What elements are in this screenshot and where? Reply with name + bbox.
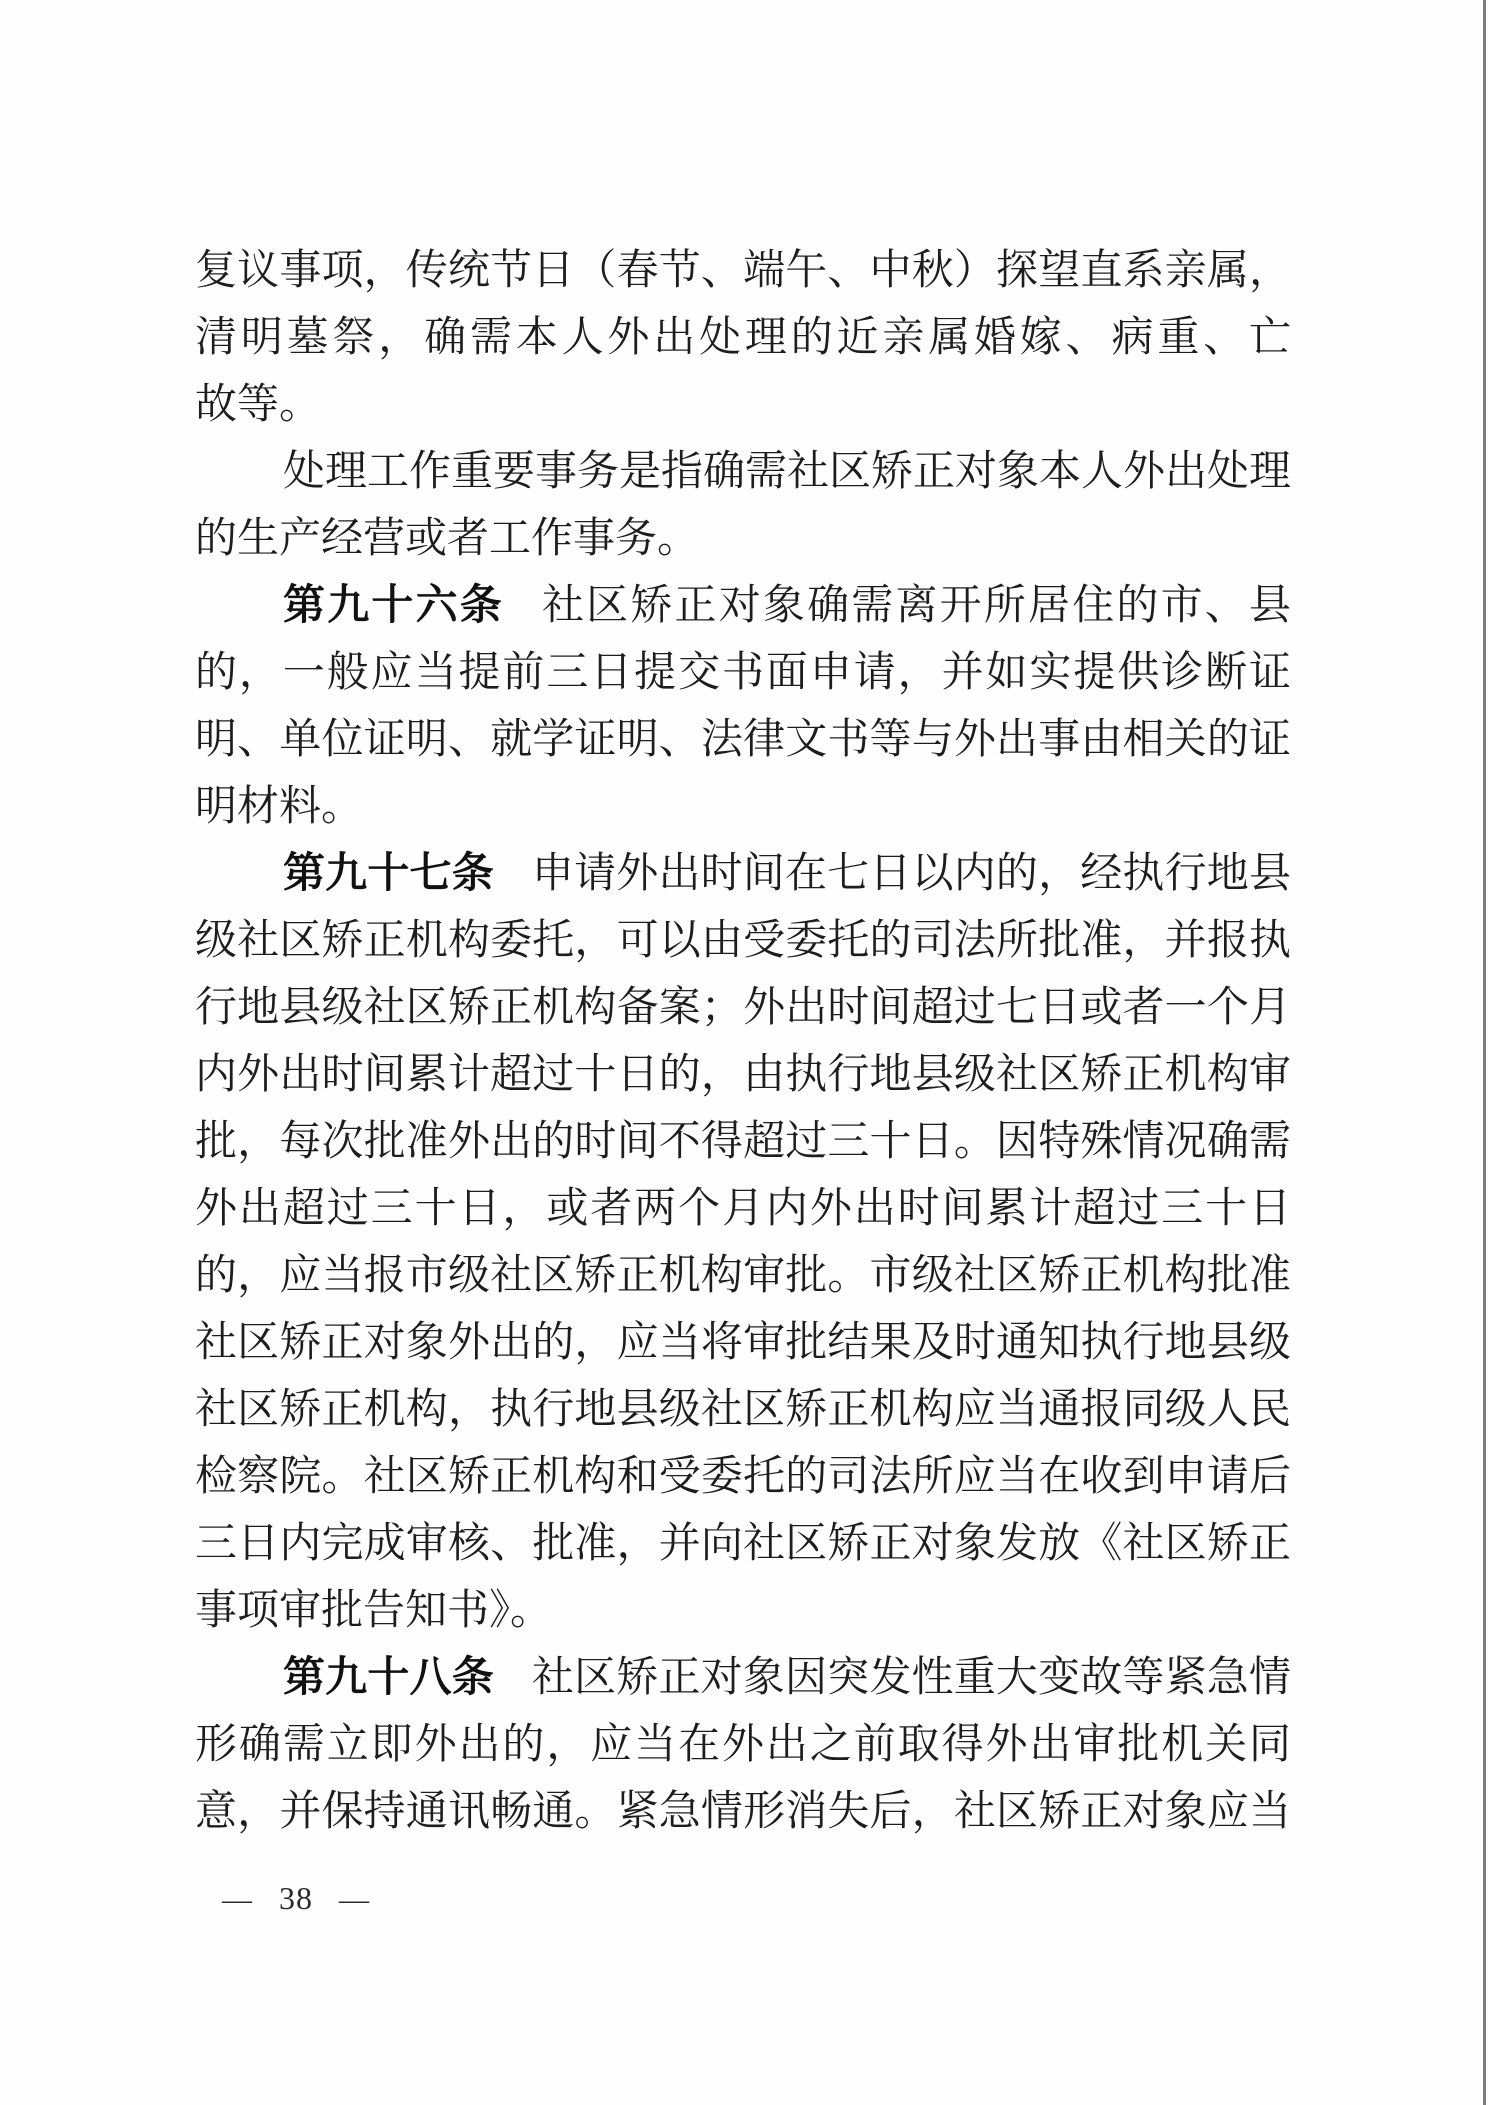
page-number: 38 [279,1880,313,1917]
text-line: 故等。 [195,372,1291,439]
text-line: 复议事项，传统节日（春节、端午、中秋）探望直系亲属， [195,238,1291,305]
text-line: 社区矫正机构，执行地县级社区矫正机构应当通报同级人民 [195,1377,1291,1444]
text-line: 级社区矫正机构委托，可以由受委托的司法所批准，并报执 [195,908,1291,975]
article-number: 第九十八条 [283,1655,494,1701]
text-line: 批，每次批准外出的时间不得超过三十日。因特殊情况确需 [195,1109,1291,1176]
text-line: 外出超过三十日，或者两个月内外出时间累计超过三十日 [195,1176,1291,1243]
footer-dash-left: — [222,1883,253,1916]
article-number: 第九十六条 [283,583,504,629]
text-line: 内外出时间累计超过十日的，由执行地县级社区矫正机构审 [195,1042,1291,1109]
text-line: 第九十七条申请外出时间在七日以内的，经执行地县 [195,841,1291,908]
text-line: 意，并保持通讯畅通。紧急情形消失后，社区矫正对象应当 [195,1779,1291,1846]
text-line: 的，应当报市级社区矫正机构审批。市级社区矫正机构批准 [195,1243,1291,1310]
article-number: 第九十七条 [283,851,494,897]
text-line: 三日内完成审核、批准，并向社区矫正对象发放《社区矫正 [195,1511,1291,1578]
text-line: 明、单位证明、就学证明、法律文书等与外出事由相关的证 [195,707,1291,774]
document-body: 复议事项，传统节日（春节、端午、中秋）探望直系亲属，清明墓祭，确需本人外出处理的… [195,238,1291,1846]
text-line: 的，一般应当提前三日提交书面申请，并如实提供诊断证 [195,640,1291,707]
page-footer: —38— [222,1880,370,1917]
text-line: 明材料。 [195,774,1291,841]
text-line: 第九十八条社区矫正对象因突发性重大变故等紧急情 [195,1645,1291,1712]
text-line: 的生产经营或者工作事务。 [195,506,1291,573]
text-line: 行地县级社区矫正机构备案；外出时间超过七日或者一个月 [195,975,1291,1042]
text-line: 社区矫正对象外出的，应当将审批结果及时通知执行地县级 [195,1310,1291,1377]
text-line: 形确需立即外出的，应当在外出之前取得外出审批机关同 [195,1712,1291,1779]
text-line: 处理工作重要事务是指确需社区矫正对象本人外出处理 [195,439,1291,506]
text-line: 检察院。社区矫正机构和受委托的司法所应当在收到申请后 [195,1444,1291,1511]
text-line: 清明墓祭，确需本人外出处理的近亲属婚嫁、病重、亡 [195,305,1291,372]
footer-dash-right: — [339,1883,370,1916]
scan-edge-line [1483,0,1486,2105]
document-page: 复议事项，传统节日（春节、端午、中秋）探望直系亲属，清明墓祭，确需本人外出处理的… [0,0,1488,2105]
text-line: 事项审批告知书》。 [195,1578,1291,1645]
text-line: 第九十六条社区矫正对象确需离开所居住的市、县 [195,573,1291,640]
